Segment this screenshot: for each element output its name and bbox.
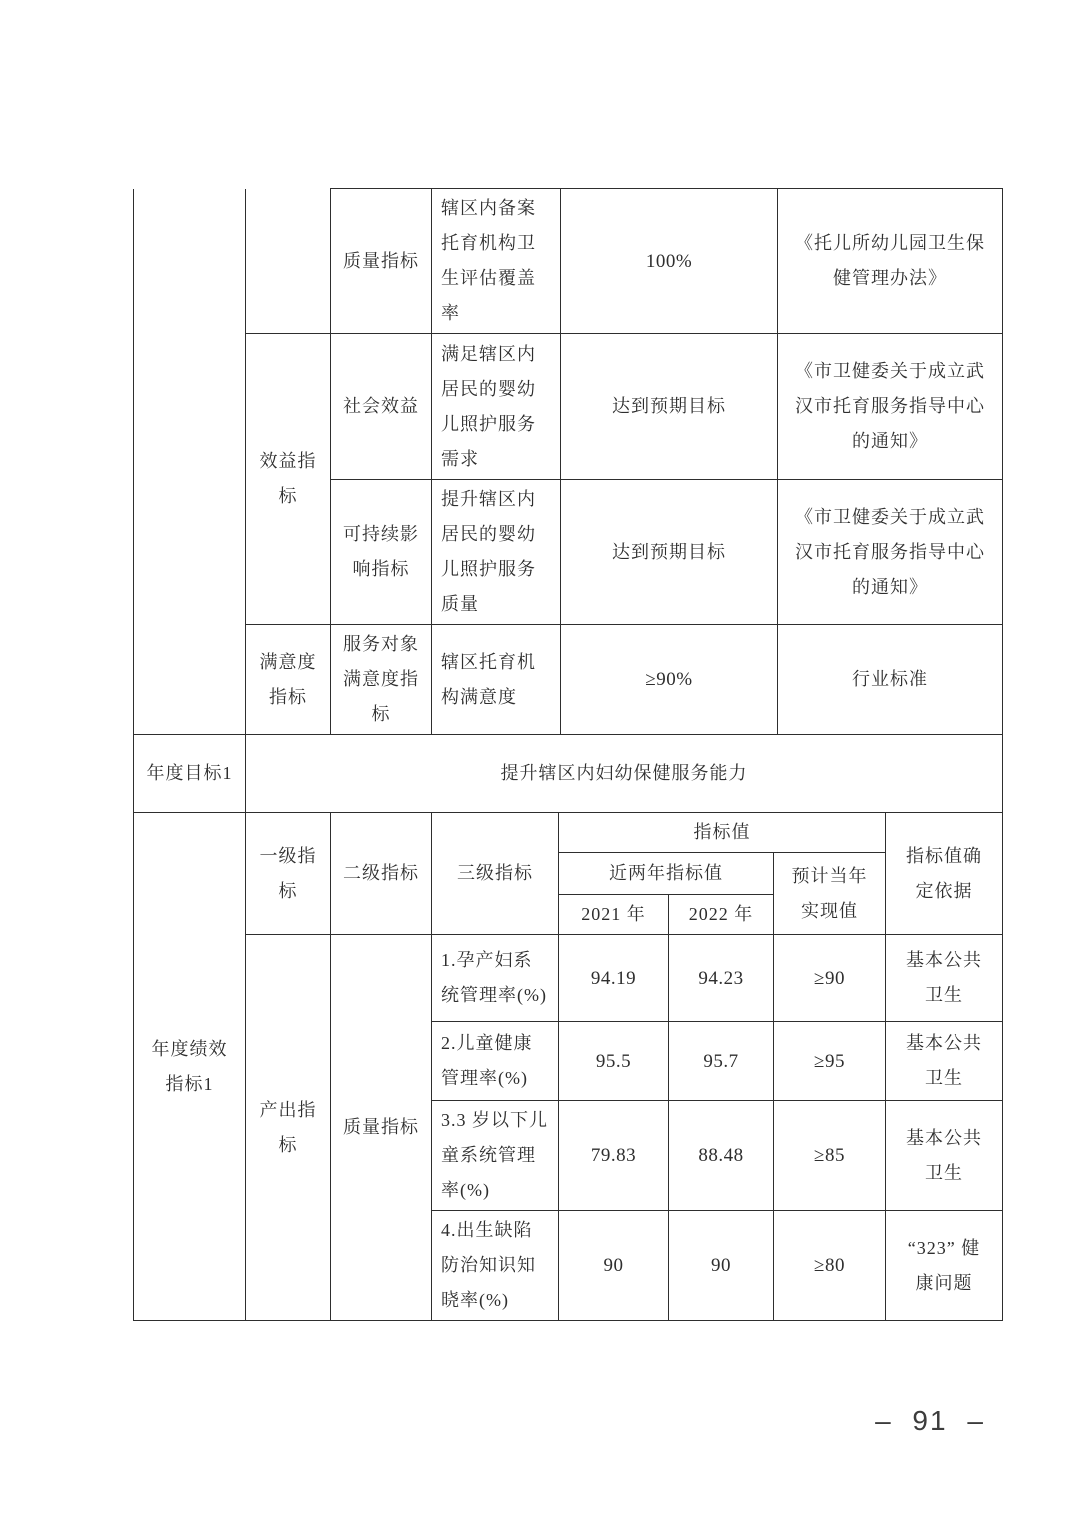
table-row: 效益指 标 社会效益 满足辖区内 居民的婴幼 儿照护服务 需求 达到预期目标 《…: [134, 334, 1003, 480]
value-expected-cell: ≥90: [774, 935, 886, 1022]
header-level2: 二级指标: [331, 813, 432, 935]
table-row: 满意度 指标 服务对象 满意度指 标 辖区托育机 构满意度 ≥90% 行业标准: [134, 625, 1003, 735]
value-2021-cell: 94.19: [559, 935, 669, 1022]
header-expected-current: 预计当年 实现值: [774, 853, 886, 935]
level1-output-label: 产出指 标: [246, 935, 331, 1321]
value-2022-cell: 90: [669, 1211, 774, 1321]
header-level3: 三级指标: [432, 813, 559, 935]
value-2022-cell: 95.7: [669, 1022, 774, 1101]
indicator-name-cell: 2.儿童健康 管理率(%): [432, 1022, 559, 1101]
level2-service-target-label: 服务对象 满意度指 标: [331, 625, 432, 735]
indicator-basis-cell: 基本公共 卫生: [886, 1101, 1003, 1211]
indicator-value-cell: ≥90%: [561, 625, 778, 735]
indicator-name-cell: 辖区内备案 托育机构卫 生评估覆盖 率: [432, 189, 561, 334]
indicator-value-cell: 达到预期目标: [561, 480, 778, 625]
indicator-name-cell: 3.3 岁以下儿 童系统管理 率(%): [432, 1101, 559, 1211]
indicator-name-cell: 辖区托育机 构满意度: [432, 625, 561, 735]
level2-quality-label: 质量指标: [331, 935, 432, 1321]
table-row: 产出指 标 质量指标 1.孕产妇系 统管理率(%) 94.19 94.23 ≥9…: [134, 935, 1003, 1022]
header-level1: 一级指 标: [246, 813, 331, 935]
level2-sustainability-label: 可持续影 响指标: [331, 480, 432, 625]
indicator-basis-cell: 《托儿所幼儿园卫生保 健管理办法》: [778, 189, 1003, 334]
level2-quality-label: 质量指标: [331, 189, 432, 334]
value-expected-cell: ≥80: [774, 1211, 886, 1321]
indicator-name-cell: 满足辖区内 居民的婴幼 儿照护服务 需求: [432, 334, 561, 480]
indicator-basis-cell: “323” 健 康问题: [886, 1211, 1003, 1321]
header-recent-two-years: 近两年指标值: [559, 853, 774, 895]
value-2022-cell: 88.48: [669, 1101, 774, 1211]
value-2021-cell: 79.83: [559, 1101, 669, 1211]
annual-goal-content: 提升辖区内妇幼保健服务能力: [246, 735, 1003, 813]
header-year-2021: 2021 年: [559, 895, 669, 935]
continued-spacer-cell: [134, 189, 246, 735]
benefit-indicator-table: 质量指标 辖区内备案 托育机构卫 生评估覆盖 率 100% 《托儿所幼儿园卫生保…: [133, 188, 1003, 735]
tables-wrapper: 质量指标 辖区内备案 托育机构卫 生评估覆盖 率 100% 《托儿所幼儿园卫生保…: [133, 188, 1002, 1321]
continued-level1-cell: [246, 189, 331, 334]
indicator-basis-cell: 行业标准: [778, 625, 1003, 735]
performance-row-label: 年度绩效 指标1: [134, 813, 246, 1321]
value-expected-cell: ≥95: [774, 1022, 886, 1101]
value-2021-cell: 90: [559, 1211, 669, 1321]
indicator-basis-cell: 《市卫健委关于成立武 汉市托育服务指导中心 的通知》: [778, 480, 1003, 625]
indicator-name-cell: 提升辖区内 居民的婴幼 儿照护服务 质量: [432, 480, 561, 625]
level2-social-benefit-label: 社会效益: [331, 334, 432, 480]
table-row: 质量指标 辖区内备案 托育机构卫 生评估覆盖 率 100% 《托儿所幼儿园卫生保…: [134, 189, 1003, 334]
indicator-basis-cell: 基本公共 卫生: [886, 935, 1003, 1022]
value-expected-cell: ≥85: [774, 1101, 886, 1211]
value-2022-cell: 94.23: [669, 935, 774, 1022]
header-row: 年度绩效 指标1 一级指 标 二级指标 三级指标 指标值 指标值确 定依据: [134, 813, 1003, 853]
indicator-name-cell: 1.孕产妇系 统管理率(%): [432, 935, 559, 1022]
level1-benefit-label: 效益指 标: [246, 334, 331, 625]
value-2021-cell: 95.5: [559, 1022, 669, 1101]
indicator-basis-cell: 《市卫健委关于成立武 汉市托育服务指导中心 的通知》: [778, 334, 1003, 480]
indicator-basis-cell: 基本公共 卫生: [886, 1022, 1003, 1101]
indicator-value-cell: 达到预期目标: [561, 334, 778, 480]
indicator-value-cell: 100%: [561, 189, 778, 334]
annual-goal-label: 年度目标1: [134, 735, 246, 813]
annual-goal-table: 年度目标1 提升辖区内妇幼保健服务能力: [133, 734, 1003, 813]
header-value-group: 指标值: [559, 813, 886, 853]
document-page: 质量指标 辖区内备案 托育机构卫 生评估覆盖 率 100% 《托儿所幼儿园卫生保…: [0, 0, 1074, 1520]
header-year-2022: 2022 年: [669, 895, 774, 935]
header-basis: 指标值确 定依据: [886, 813, 1003, 935]
table-row: 年度目标1 提升辖区内妇幼保健服务能力: [134, 735, 1003, 813]
page-number: – 91 –: [855, 1405, 1005, 1437]
level1-satisfaction-label: 满意度 指标: [246, 625, 331, 735]
performance-indicator-table: 年度绩效 指标1 一级指 标 二级指标 三级指标 指标值 指标值确 定依据 近两…: [133, 812, 1003, 1321]
indicator-name-cell: 4.出生缺陷 防治知识知 晓率(%): [432, 1211, 559, 1321]
